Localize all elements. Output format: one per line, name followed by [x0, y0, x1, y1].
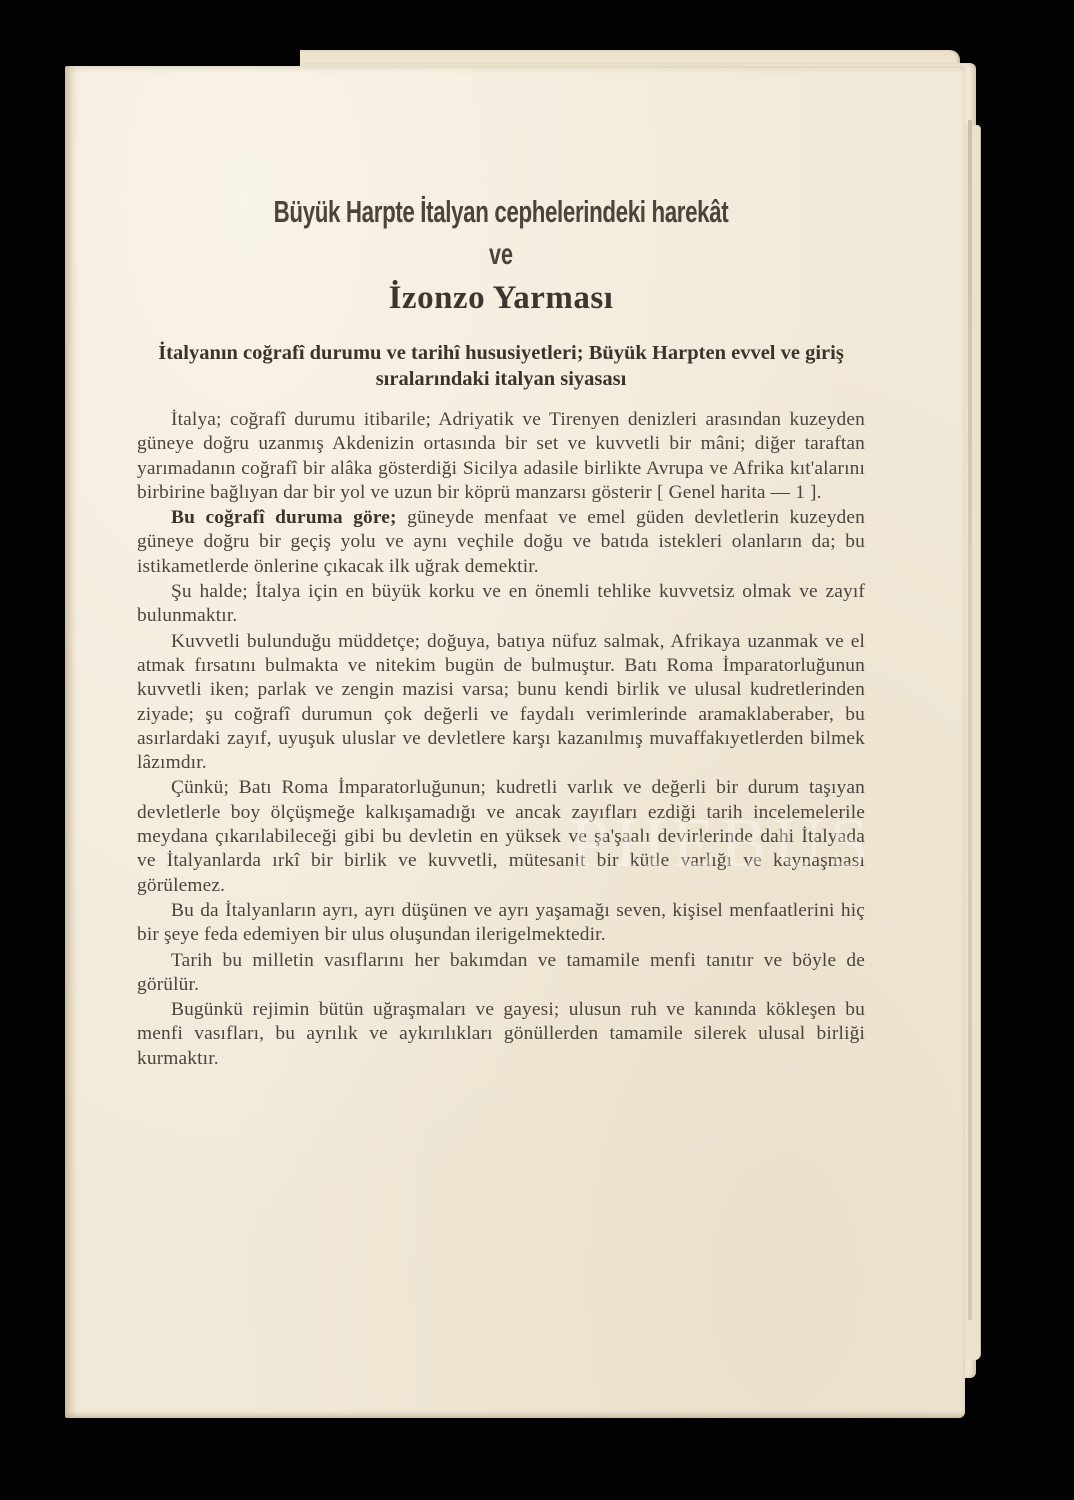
paragraph-text: Şu halde; İtalya için en büyük korku ve …: [137, 581, 865, 626]
paragraph-text: Bugünkü rejimin bütün uğraşmaları ve gay…: [137, 999, 865, 1069]
paragraph: İtalya; coğrafî durumu itibarile; Adriya…: [137, 408, 865, 505]
paragraph: Bugünkü rejimin bütün uğraşmaları ve gay…: [137, 998, 865, 1071]
paragraph: Şu halde; İtalya için en büyük korku ve …: [137, 580, 865, 629]
paragraph-text: Kuvvetli bulunduğu müddetçe; doğuya, bat…: [137, 631, 865, 773]
body-text: İtalya; coğrafî durumu itibarile; Adriya…: [137, 408, 865, 1071]
page-content: Büyük Harpte İtalyan cephelerindeki hare…: [137, 192, 865, 1072]
paragraph: Kuvvetli bulunduğu müddetçe; doğuya, bat…: [137, 630, 865, 776]
paragraph: Tarih bu milletin vasıflarını her bakımd…: [137, 949, 865, 998]
paragraph-text: Çünkü; Batı Roma İmparatorluğunun; kudre…: [137, 777, 865, 895]
title-line-1: Büyük Harpte İtalyan cephelerindeki hare…: [239, 192, 763, 232]
paragraph: Çünkü; Batı Roma İmparatorluğunun; kudre…: [137, 776, 865, 897]
page-edge: [968, 120, 972, 1320]
paragraph-text: Tarih bu milletin vasıflarını her bakımd…: [137, 950, 865, 995]
page-title: İzonzo Yarması: [137, 278, 865, 318]
paragraph-text: İtalya; coğrafî durumu itibarile; Adriya…: [137, 409, 865, 503]
paragraph-lead-bold: Bu coğrafî duruma göre;: [171, 507, 397, 528]
paragraph: Bu coğrafî duruma göre; güneyde menfaat …: [137, 506, 865, 579]
section-subtitle: İtalyanın coğrafî durumu ve tarihî husus…: [137, 340, 865, 392]
paragraph-text: Bu da İtalyanların ayrı, ayrı düşünen ve…: [137, 900, 865, 945]
document-page: Büyük Harpte İtalyan cephelerindeki hare…: [65, 66, 965, 1418]
paragraph: Bu da İtalyanların ayrı, ayrı düşünen ve…: [137, 899, 865, 948]
title-conjunction: ve: [239, 238, 763, 272]
